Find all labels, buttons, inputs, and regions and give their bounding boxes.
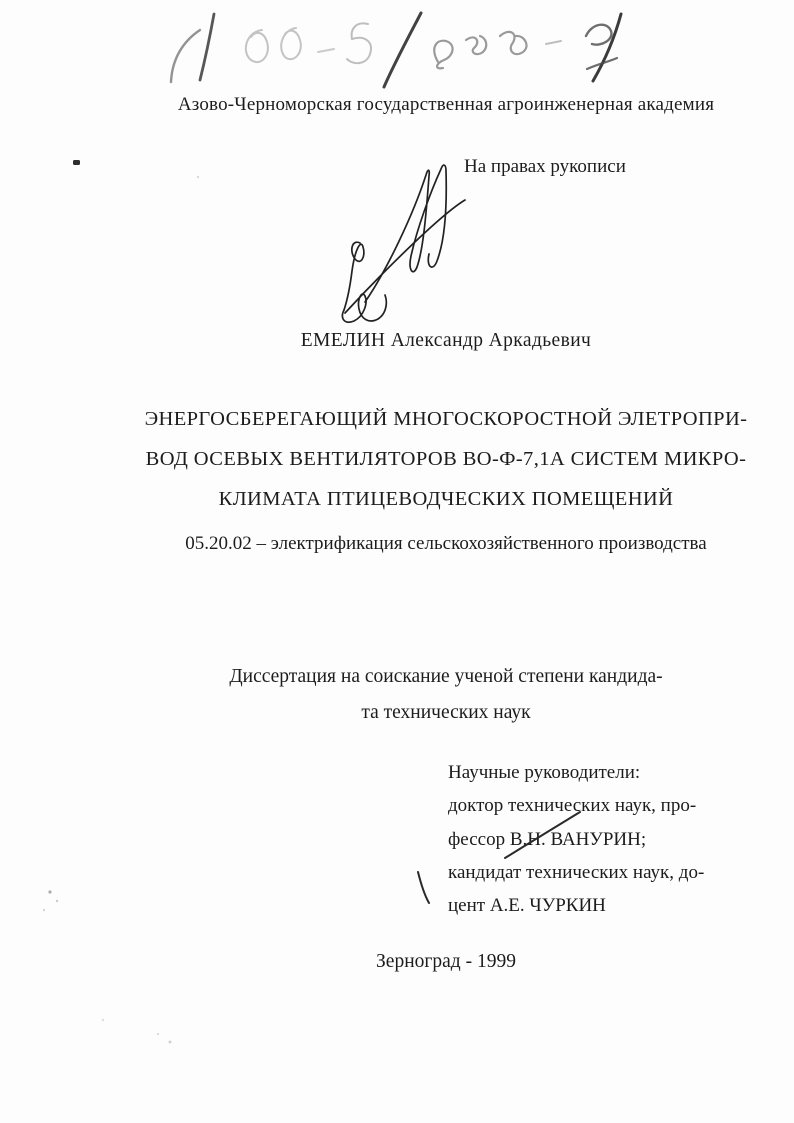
supervisors-block: Научные руководители: доктор технических… <box>448 756 738 922</box>
author-signature <box>342 165 465 322</box>
supervisor-line-1: доктор технических наук, про- <box>448 789 738 822</box>
supervisor-line-4: цент А.Е. ЧУРКИН <box>448 889 738 922</box>
handwritten-call-number-mark <box>171 13 621 87</box>
scan-specks <box>43 160 199 1044</box>
title-line-1: ЭНЕРГОСБЕРЕГАЮЩИЙ МНОГОСКОРОСТНОЙ ЭЛЕТРО… <box>98 399 794 439</box>
dissertation-title: ЭНЕРГОСБЕРЕГАЮЩИЙ МНОГОСКОРОСТНОЙ ЭЛЕТРО… <box>98 399 794 519</box>
pen-tick-mark <box>418 872 429 903</box>
supervisor-line-3: кандидат технических наук, до- <box>448 856 738 889</box>
author-name: ЕМЕЛИН Александр Аркадьевич <box>98 330 794 352</box>
specialty-code-line: 05.20.02 – электрификация сельскохозяйст… <box>98 533 794 555</box>
degree-line-2: та технических наук <box>98 695 794 731</box>
degree-statement: Диссертация на соискание ученой степени … <box>98 659 794 730</box>
supervisors-heading: Научные руководители: <box>448 756 738 789</box>
supervisor-line-2: фессор В.Н. ВАНУРИН; <box>448 823 738 856</box>
institution-name: Азово-Черноморская государственная агрои… <box>98 94 794 116</box>
degree-line-1: Диссертация на соискание ученой степени … <box>98 659 794 695</box>
manuscript-rights-note: На правах рукописи <box>464 156 626 178</box>
scanned-dissertation-title-page: Азово-Черноморская государственная агрои… <box>0 0 794 1123</box>
title-line-2: ВОД ОСЕВЫХ ВЕНТИЛЯТОРОВ ВО-Ф-7,1А СИСТЕМ… <box>98 439 794 479</box>
title-line-3: КЛИМАТА ПТИЦЕВОДЧЕСКИХ ПОМЕЩЕНИЙ <box>98 479 794 519</box>
city-year-line: Зерноград - 1999 <box>98 951 794 973</box>
